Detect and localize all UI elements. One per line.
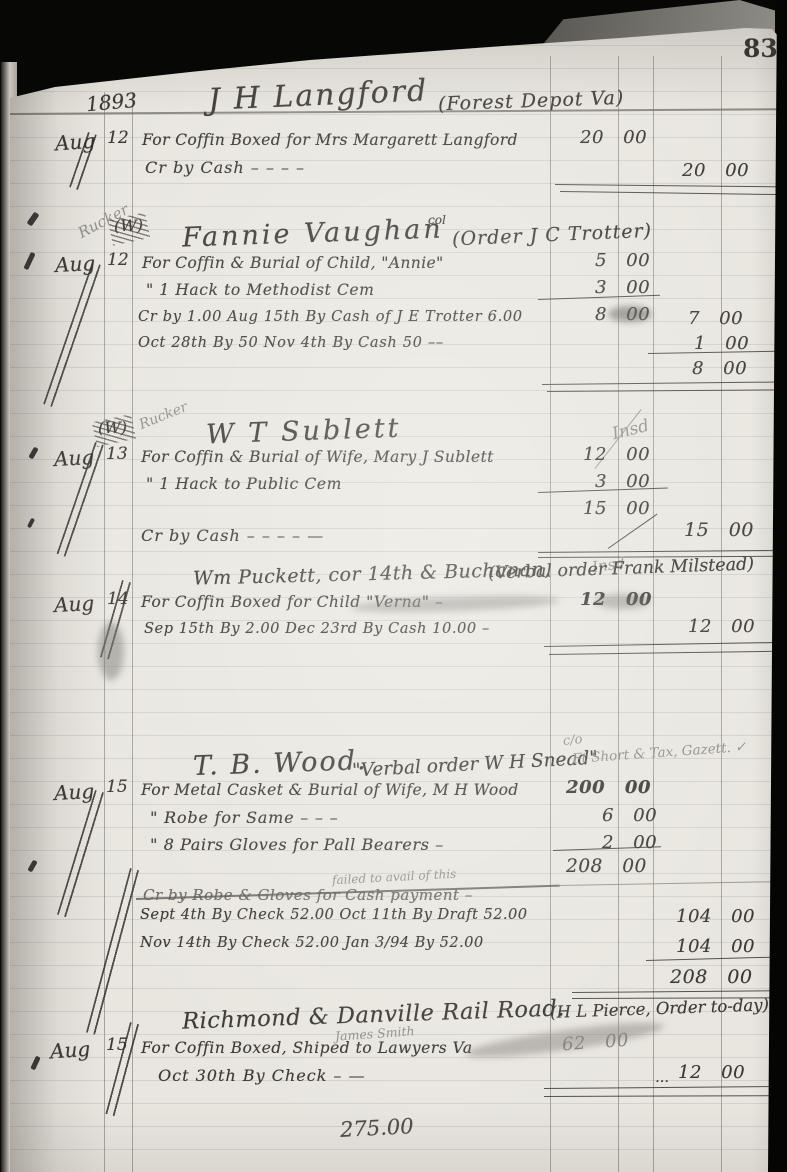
ink-rule (544, 1086, 784, 1089)
year-label: 1893 (85, 88, 138, 116)
row-desc: Nov 14th By Check 52.00 Jan 3/94 By 52.0… (140, 935, 484, 951)
amount-debit: 2 00 (602, 832, 657, 853)
bottom-total: 275.00 (339, 1114, 414, 1142)
row-desc: Oct 30th By Check – — (158, 1066, 366, 1085)
amount-debit-total: 208 00 (566, 856, 647, 877)
row-desc: Sept 4th By Check 52.00 Oct 11th By Draf… (140, 907, 527, 923)
month-cell: Aug (53, 591, 94, 617)
amount-debit-total: 15 00 (583, 498, 650, 519)
amount-debit: 200 00 (566, 777, 651, 798)
amount-credit-total: 208 00 (670, 966, 752, 988)
entry-heading-superscript: col (428, 213, 446, 227)
amount-debit: 12 00 (583, 444, 650, 465)
ink-rule (544, 642, 784, 647)
amount-credit-prefix: … (655, 1070, 669, 1086)
entry-heading-note: "Verbal order W H Snead" (352, 748, 599, 782)
entry-heading-name: T. B. Wood. (193, 745, 368, 782)
ledger-paper: 83 1893 J H Langford (Forest Depot Va) A… (10, 0, 778, 1172)
row-desc: For Coffin Boxed, Shiped to Lawyers Va (141, 1039, 473, 1057)
ink-rule (542, 381, 782, 385)
pencil-note: c/o (562, 732, 583, 749)
ink-rule (547, 389, 782, 392)
page-number: 83 (743, 34, 778, 63)
ink-rule (538, 550, 782, 553)
row-desc: " 1 Hack to Public Cem (146, 475, 342, 493)
row-desc: Cr by Cash – – – – — (141, 526, 324, 545)
ink-smudge (608, 306, 652, 322)
row-desc: Sep 15th By 2.00 Dec 23rd By Cash 10.00 … (144, 621, 490, 637)
row-desc: " 8 Pairs Gloves for Pall Bearers – (150, 835, 444, 854)
ink-rule (555, 184, 780, 187)
amount-credit-total: 8 00 (692, 358, 747, 379)
ink-rule (549, 651, 785, 655)
day-cell: 12 (107, 250, 129, 270)
pencil-smudge (98, 622, 124, 680)
amount-credit: 104 00 (676, 906, 755, 927)
row-desc: " Robe for Same – – – (150, 808, 338, 827)
amount-debit: 20 00 (580, 127, 647, 148)
pencil-note: failed to avail of this (332, 867, 457, 887)
ink-rule (572, 990, 784, 993)
entry-heading-note: (Order J C Trotter) (452, 220, 653, 251)
column-rule-day-right (132, 92, 133, 1172)
entry-heading-note: (H L Pierce, Order to-day) (550, 995, 770, 1022)
day-cell: 12 (107, 128, 129, 148)
entry-heading-name: Fannie Vaughan (182, 213, 445, 253)
amount-credit: 12 00 (678, 1062, 745, 1083)
row-desc: For Coffin Boxed for Mrs Margarett Langf… (142, 131, 518, 149)
amount-credit: 7 00 (688, 308, 743, 329)
posted-slash-mark (57, 790, 105, 917)
amount-credit: 15 00 (684, 519, 754, 541)
entry-heading-name: W T Sublett (206, 413, 402, 451)
row-desc: Cr by Cash – – – – (145, 158, 305, 177)
amount-debit: 6 00 (602, 805, 657, 826)
row-desc: " 1 Hack to Methodist Cem (146, 281, 374, 299)
ink-rule (560, 191, 780, 195)
month-cell: Aug (49, 1037, 91, 1064)
scanned-ledger-page: 83 1893 J H Langford (Forest Depot Va) A… (0, 0, 787, 1172)
row-desc: For Metal Casket & Burial of Wife, M H W… (141, 781, 519, 799)
pencil-note: Rucker (137, 399, 190, 433)
amount-credit: 12 00 (688, 616, 755, 637)
day-cell: 15 (106, 777, 128, 797)
row-desc: For Coffin & Burial of Wife, Mary J Subl… (141, 448, 494, 466)
ink-rule (544, 1095, 784, 1097)
strike-line-extension (558, 881, 784, 886)
amount-credit: 104 00 (676, 936, 755, 957)
ink-rule (646, 956, 786, 961)
month-cell: Aug (53, 779, 94, 805)
row-desc: Cr by 1.00 Aug 15th By Cash of J E Trott… (138, 309, 523, 325)
day-cell: 13 (106, 444, 128, 464)
ink-smudge (595, 594, 650, 609)
amount-credit: 20 00 (682, 160, 749, 181)
posted-slash-mark (43, 262, 101, 407)
row-desc: Oct 28th By 50 Nov 4th By Cash 50 –– (138, 335, 444, 351)
row-desc: For Coffin & Burial of Child, "Annie" (142, 254, 444, 272)
amount-debit: 5 00 (595, 250, 650, 271)
